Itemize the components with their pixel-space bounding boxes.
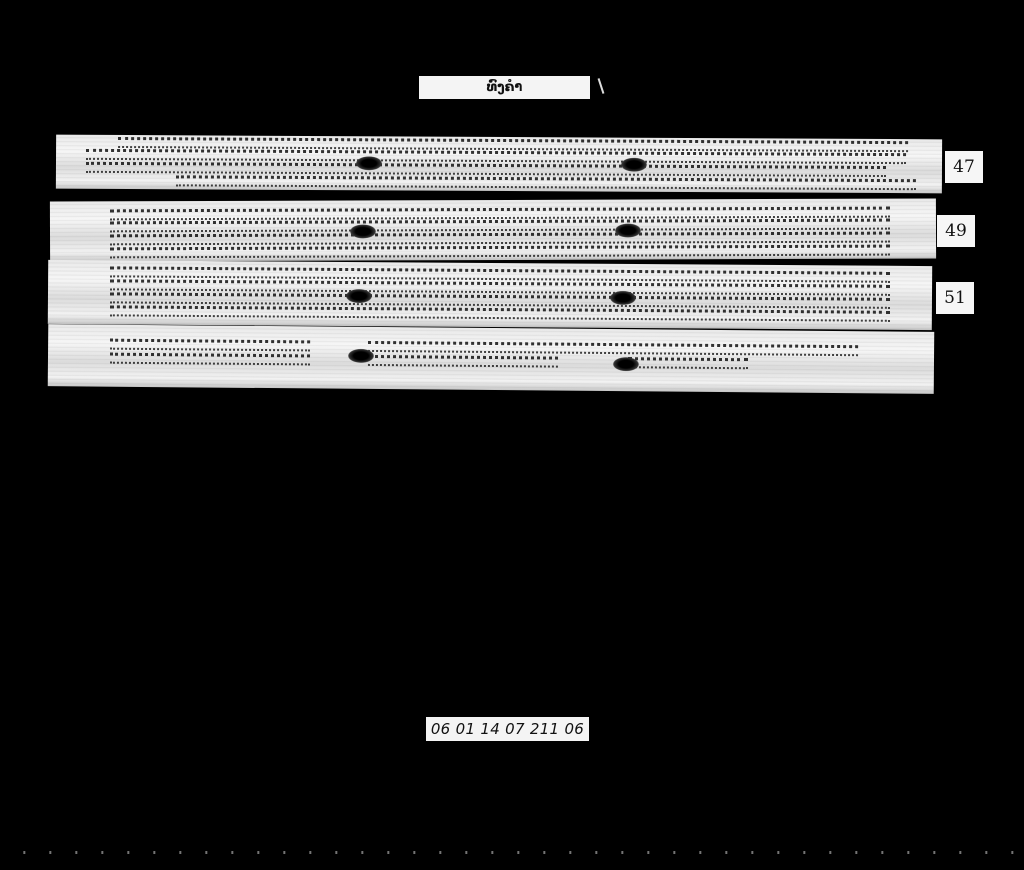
page-number-label: 47 — [945, 151, 983, 183]
binding-hole-right — [610, 291, 636, 305]
palm-leaf-4 — [48, 324, 935, 394]
page-number-label: 51 — [936, 282, 974, 314]
binding-hole-left — [348, 349, 374, 363]
script-line — [628, 357, 748, 369]
binding-hole-left — [350, 224, 376, 238]
script-line — [368, 355, 558, 368]
script-line — [110, 353, 310, 366]
title-text: ທົງຄຳ — [487, 80, 523, 95]
palm-leaf-2 — [50, 198, 936, 261]
script-line — [110, 339, 310, 352]
scan-noise — [0, 851, 1024, 854]
tick-mark — [598, 78, 605, 94]
binding-hole-left — [356, 156, 382, 170]
binding-hole-right — [621, 158, 647, 172]
binding-hole-right — [615, 223, 641, 237]
binding-hole-left — [346, 289, 372, 303]
palm-leaf-1 — [56, 135, 942, 194]
catalog-code-label: 06 01 14 07 211 06 — [426, 717, 589, 741]
palm-leaf-3 — [48, 260, 932, 330]
title-label: ທົງຄຳ — [419, 76, 590, 99]
binding-hole-right — [613, 357, 639, 371]
page-number-label: 49 — [937, 215, 975, 247]
